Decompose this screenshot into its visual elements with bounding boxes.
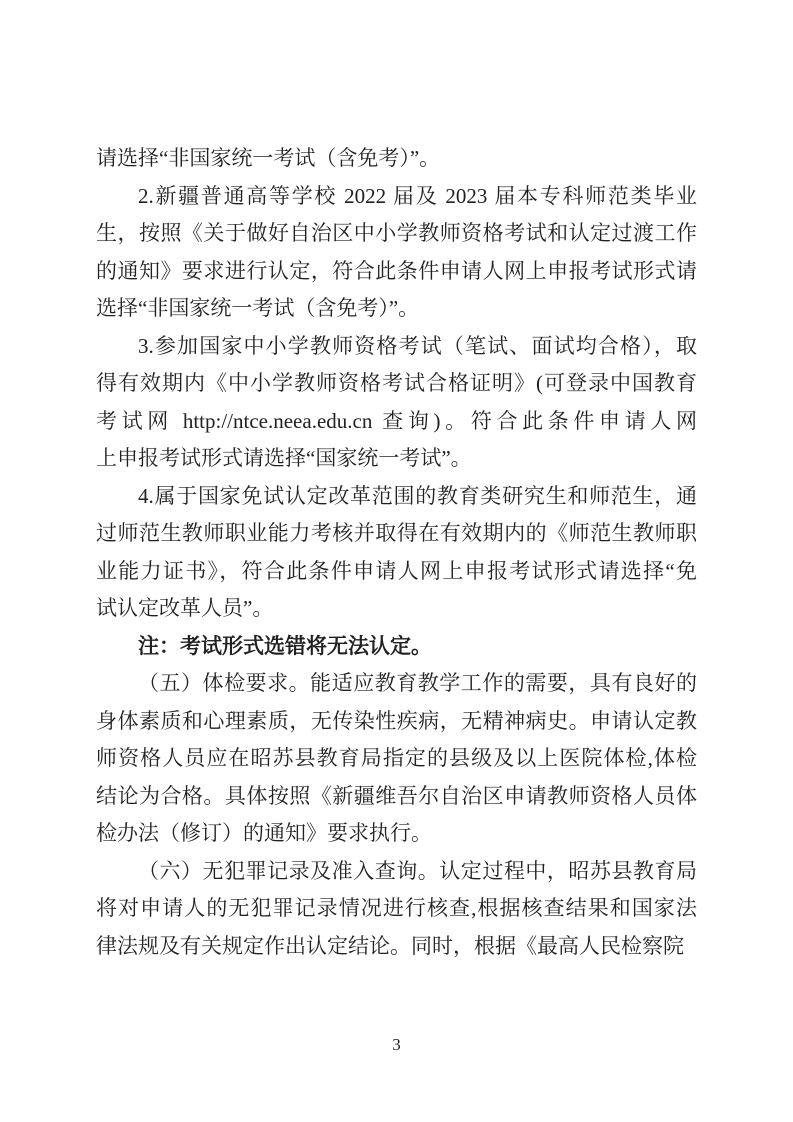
para-item-4-line-1: 4.属于国家免试认定改革范围的教育类研究生和师范生，通 (96, 478, 697, 516)
para-item-2-line-1: 2.新疆普通高等学校 2022 届及 2023 届本专科师范类毕业 (96, 178, 697, 216)
para-section-5-line-1: （五）体检要求。能适应教育教学工作的需要，具有良好的 (96, 665, 697, 703)
para-item-4-line-3: 业能力证书》，符合此条件申请人网上申报考试形式请选择“免 (96, 553, 697, 591)
para-section-5-line-3: 师资格人员应在昭苏县教育局指定的县级及以上医院体检,体检 (96, 740, 697, 778)
para-item-2-line-3: 的通知》要求进行认定，符合此条件申请人网上申报考试形式请 (96, 253, 697, 291)
document-body: 请选择“非国家统一考试（含免考）”。2.新疆普通高等学校 2022 届及 202… (96, 140, 697, 965)
para-item-4-line-4: 试认定改革人员”。 (96, 590, 697, 628)
para-section-5-line-5: 检办法（修订）的通知》要求执行。 (96, 815, 697, 853)
para-section-6-line-3: 律法规及有关规定作出认定结论。同时，根据《最高人民检察院 (96, 928, 697, 966)
para-continuation-line-1: 请选择“非国家统一考试（含免考）”。 (96, 140, 697, 178)
para-section-6-line-1: （六）无犯罪记录及准入查询。认定过程中，昭苏县教育局 (96, 853, 697, 891)
para-item-3-line-2: 得有效期内《中小学教师资格考试合格证明》(可登录中国教育 (96, 365, 697, 403)
para-item-3-line-1: 3.参加国家中小学教师资格考试（笔试、面试均合格），取 (96, 328, 697, 366)
para-section-5-line-2: 身体素质和心理素质，无传染性疾病，无精神病史。申请认定教 (96, 703, 697, 741)
para-section-5-line-4: 结论为合格。具体按照《新疆维吾尔自治区申请教师资格人员体 (96, 778, 697, 816)
para-item-2-line-4: 选择“非国家统一考试（含免考）”。 (96, 290, 697, 328)
para-note-line-1: 注：考试形式选错将无法认定。 (96, 628, 697, 666)
document-page: 请选择“非国家统一考试（含免考）”。2.新疆普通高等学校 2022 届及 202… (0, 0, 793, 1122)
para-item-2-line-2: 生，按照《关于做好自治区中小学教师资格考试和认定过渡工作 (96, 215, 697, 253)
para-item-3-line-3: 考试网 http://ntce.neea.edu.cn 查询)。符合此条件申请人… (96, 403, 697, 441)
page-number: 3 (0, 1035, 793, 1055)
para-section-6-line-2: 将对申请人的无犯罪记录情况进行核查,根据核查结果和国家法 (96, 890, 697, 928)
para-item-4-line-2: 过师范生教师职业能力考核并取得在有效期内的《师范生教师职 (96, 515, 697, 553)
para-item-3-line-4: 上申报考试形式请选择“国家统一考试”。 (96, 440, 697, 478)
